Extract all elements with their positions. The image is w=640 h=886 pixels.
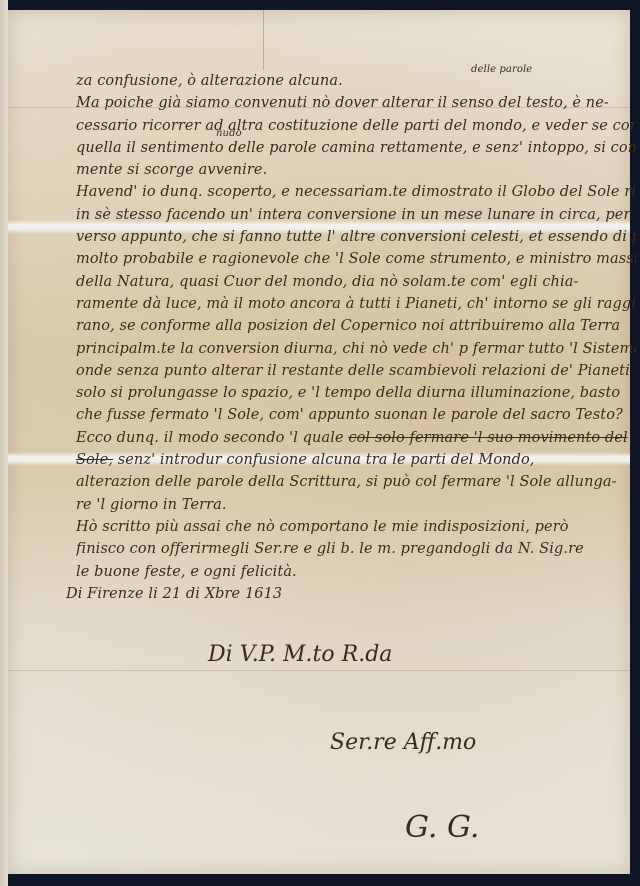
text-line: finisco con offerirmegli Ser.re e gli b.…	[76, 538, 636, 560]
line-text: Ecco dunq. il modo secondo 'l quale	[76, 430, 348, 446]
line-text: za confusione, ò alterazione alcuna.	[76, 73, 343, 89]
text-line: alterazion delle parole della Scrittura,…	[76, 471, 636, 493]
line-text: solo si prolungasse lo spazio, e 'l temp…	[76, 385, 620, 401]
text-line: Ecco dunq. il modo secondo 'l quale col …	[76, 427, 636, 449]
paper-fold-line-lower	[8, 670, 630, 671]
line-text: quella il sentimento delle parole camina…	[76, 140, 636, 156]
line-text: onde senza punto alterar il restante del…	[76, 363, 630, 379]
signature: G. G.	[405, 810, 479, 845]
text-line: za confusione, ò alterazione alcuna.	[76, 70, 636, 92]
text-line: ramente dà luce, mà il moto ancora à tut…	[76, 293, 636, 315]
text-line: onde senza punto alterar il restante del…	[76, 360, 636, 382]
text-line: le buone feste, e ogni felicità.	[76, 561, 636, 583]
line-text: ramente dà luce, mà il moto ancora à tut…	[76, 296, 636, 312]
text-line: molto probabile e ragionevole che 'l Sol…	[76, 248, 636, 270]
line-text: alterazion delle parole della Scrittura,…	[76, 474, 617, 490]
line-text: cessario ricorrer ad altra costituzione …	[76, 118, 636, 134]
line-text: senz' introdur confusione alcuna tra le …	[113, 452, 535, 468]
line-text: Havend' io dunq. scoperto, e necessariam…	[76, 184, 636, 200]
line-text: principalm.te la conversion diurna, chi …	[76, 341, 636, 357]
text-line: solo si prolungasse lo spazio, e 'l temp…	[76, 382, 636, 404]
struck-text: col solo fermare 'l suo movimento del	[348, 430, 627, 446]
salutation: Di V.P. M.to R.da	[208, 642, 392, 667]
text-line: Sole, senz' introdur confusione alcuna t…	[76, 449, 636, 471]
text-line: mente si scorge avvenire.	[76, 159, 636, 181]
text-line: Ma poiche già siamo convenuti nò dover a…	[76, 92, 636, 114]
struck-text: Sole,	[76, 452, 113, 468]
line-text: in sè stesso facendo un' intera conversi…	[76, 207, 636, 223]
line-text: della Natura, quasi Cuor del mondo, dia …	[76, 274, 578, 290]
interlinear-insertion: delle parole	[471, 64, 532, 75]
text-line: Havend' io dunq. scoperto, e necessariam…	[76, 181, 636, 203]
text-line: cessario ricorrer ad altra costituzione …	[76, 115, 636, 137]
letter-body: za confusione, ò alterazione alcuna. Ma …	[76, 70, 636, 605]
text-line: re 'l giorno in Terra.	[76, 494, 636, 516]
line-text: rano, se conforme alla posizion del Cope…	[76, 318, 620, 334]
line-text: molto probabile e ragionevole che 'l Sol…	[76, 251, 636, 267]
servant-closing: Ser.re Aff.mo	[330, 730, 476, 755]
text-line: della Natura, quasi Cuor del mondo, dia …	[76, 271, 636, 293]
interlinear-insertion: nudo	[216, 128, 242, 139]
text-line: quella il sentimento delle parole camina…	[76, 137, 636, 159]
date-text: Di Firenze li 21 di Xbre 1613	[66, 586, 282, 602]
text-line: Hò scritto più assai che nò comportano l…	[76, 516, 636, 538]
text-line: che fusse fermato 'l Sole, com' appunto …	[76, 404, 636, 426]
scan-background: za confusione, ò alterazione alcuna. Ma …	[0, 0, 640, 886]
text-line: rano, se conforme alla posizion del Cope…	[76, 315, 636, 337]
line-text: finisco con offerirmegli Ser.re e gli b.…	[76, 541, 584, 557]
text-line: verso appunto, che si fanno tutte l' alt…	[76, 226, 636, 248]
line-text: mente si scorge avvenire.	[76, 162, 267, 178]
line-text: che fusse fermato 'l Sole, com' appunto …	[76, 407, 623, 423]
paper-crease	[263, 10, 264, 70]
date-line: Di Firenze li 21 di Xbre 1613	[66, 583, 636, 605]
line-text: Ma poiche già siamo convenuti nò dover a…	[76, 95, 609, 111]
line-text: re 'l giorno in Terra.	[76, 497, 227, 513]
page-edge-strip	[0, 0, 8, 886]
text-line: principalm.te la conversion diurna, chi …	[76, 338, 636, 360]
text-line: in sè stesso facendo un' intera conversi…	[76, 204, 636, 226]
line-text: Hò scritto più assai che nò comportano l…	[76, 519, 569, 535]
line-text: le buone feste, e ogni felicità.	[76, 564, 297, 580]
line-text: verso appunto, che si fanno tutte l' alt…	[76, 229, 636, 245]
